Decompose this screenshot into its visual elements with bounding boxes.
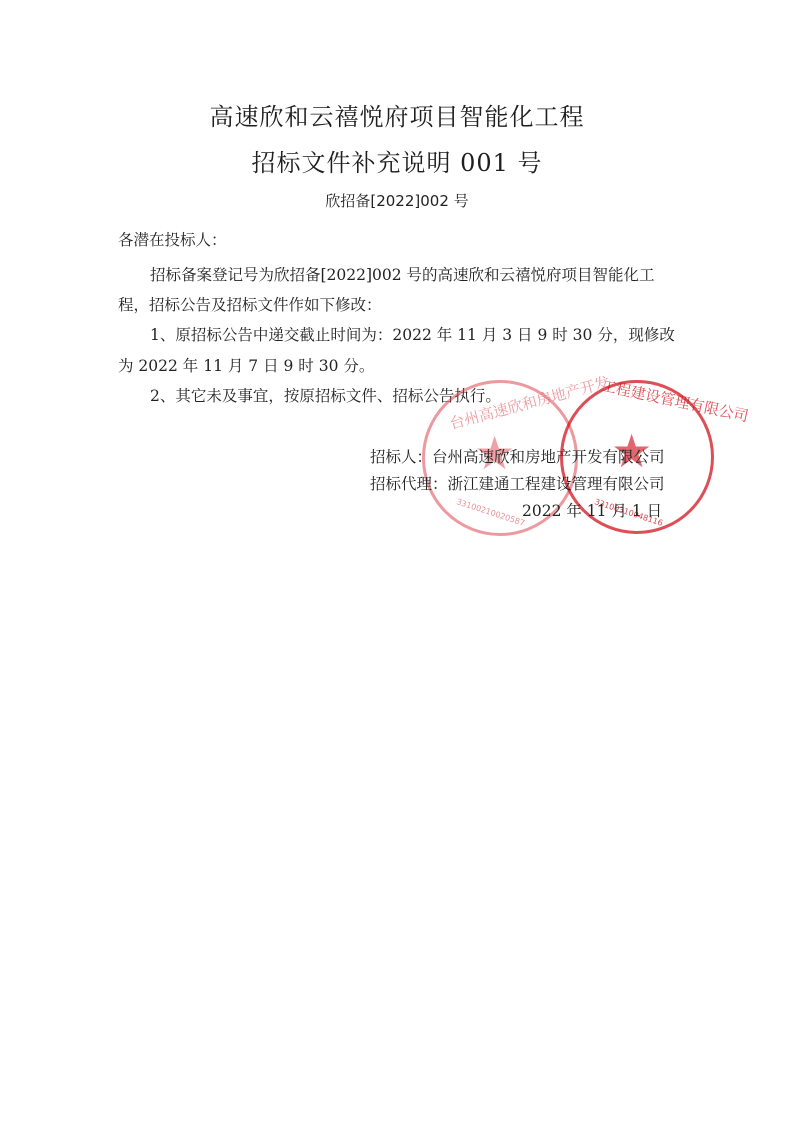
document-date: 2022 年 11 月 1 日 xyxy=(522,499,662,521)
document-subtitle: 招标文件补充说明 001 号 xyxy=(0,143,794,178)
agent-signature: 招标代理：浙江建通工程建设管理有限公司 xyxy=(370,472,665,494)
item-1-line-1: 1、原招标公告中递交截止时间为：2022 年 11 月 3 日 9 时 30 分… xyxy=(150,323,675,345)
document-number: 欣招备[2022]002 号 xyxy=(0,190,794,211)
salutation: 各潜在投标人： xyxy=(118,228,227,250)
document-title: 高速欣和云禧悦府项目智能化工程 xyxy=(0,97,794,132)
paragraph-1-line-1: 招标备案登记号为欣招备[2022]002 号的高速欣和云禧悦府项目智能化工 xyxy=(150,263,655,285)
paragraph-1-line-2: 程，招标公告及招标文件作如下修改： xyxy=(118,293,382,315)
tenderer-signature: 招标人：台州高速欣和房地产开发有限公司 xyxy=(370,445,665,467)
item-1-line-2: 为 2022 年 11 月 7 日 9 时 30 分。 xyxy=(118,354,374,376)
